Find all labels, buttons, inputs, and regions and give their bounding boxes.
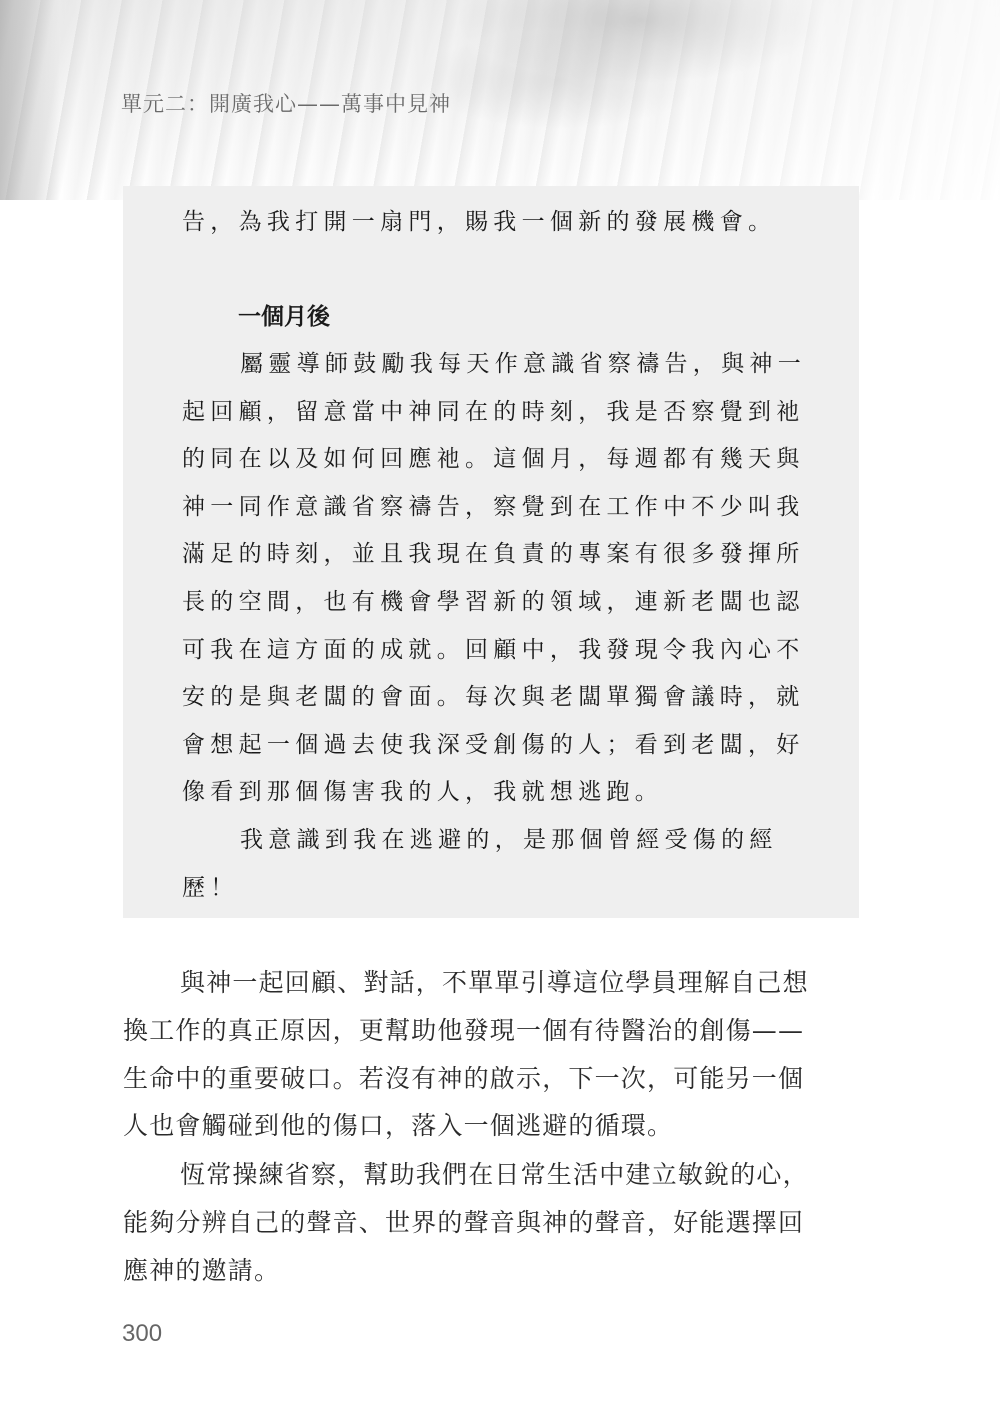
page-number: 300 bbox=[122, 1320, 162, 1348]
quote-opening-line: 告，為我打開一扇門，賜我一個新的發展機會。 bbox=[182, 203, 776, 236]
quote-line: 可我在這方面的成就。回顧中，我發現令我內心不 bbox=[182, 631, 805, 664]
quote-line: 我意識到我在逃避的，是那個曾經受傷的經 bbox=[240, 821, 778, 854]
body-paragraph-line: 與神一起回顧、對話，不單單引導這位學員理解自己想 bbox=[180, 963, 809, 999]
header-background-streak bbox=[0, 0, 60, 200]
quote-line: 像看到那個傷害我的人，我就想逃跑。 bbox=[182, 773, 663, 806]
quote-section-heading: 一個月後 bbox=[238, 298, 330, 331]
quote-line: 安的是與老闆的會面。每次與老闆單獨會議時，就 bbox=[182, 678, 805, 711]
body-paragraph-line: 恆常操練省察，幫助我們在日常生活中建立敏銳的心， bbox=[180, 1155, 809, 1191]
body-paragraph-line: 人也會觸碰到他的傷口，落入一個逃避的循環。 bbox=[123, 1106, 673, 1142]
body-paragraph-line: 生命中的重要破口。若沒有神的啟示，下一次，可能另一個 bbox=[123, 1059, 804, 1095]
quote-line: 的同在以及如何回應祂。這個月，每週都有幾天與 bbox=[182, 440, 805, 473]
quote-line: 長的空間，也有機會學習新的領域，連新老闆也認 bbox=[182, 583, 805, 616]
running-header: 單元二：開廣我心——萬事中見神 bbox=[121, 88, 451, 118]
body-paragraph-line: 能夠分辨自己的聲音、世界的聲音與神的聲音，好能選擇回 bbox=[123, 1203, 804, 1239]
quote-line: 起回顧，留意當中神同在的時刻，我是否察覺到祂 bbox=[182, 393, 805, 426]
body-paragraph-line: 應神的邀請。 bbox=[123, 1251, 280, 1287]
quote-line: 會想起一個過去使我深受創傷的人；看到老闆，好 bbox=[182, 726, 805, 759]
quote-line: 神一同作意識省察禱告，察覺到在工作中不少叫我 bbox=[182, 488, 805, 521]
quote-line: 歷！ bbox=[182, 869, 239, 902]
body-paragraph-line: 換工作的真正原因，更幫助他發現一個有待醫治的創傷—— bbox=[123, 1011, 804, 1047]
quote-line: 滿足的時刻，並且我現在負責的專案有很多發揮所 bbox=[182, 535, 805, 568]
quote-line: 屬靈導師鼓勵我每天作意識省察禱告，與神一 bbox=[240, 345, 806, 378]
